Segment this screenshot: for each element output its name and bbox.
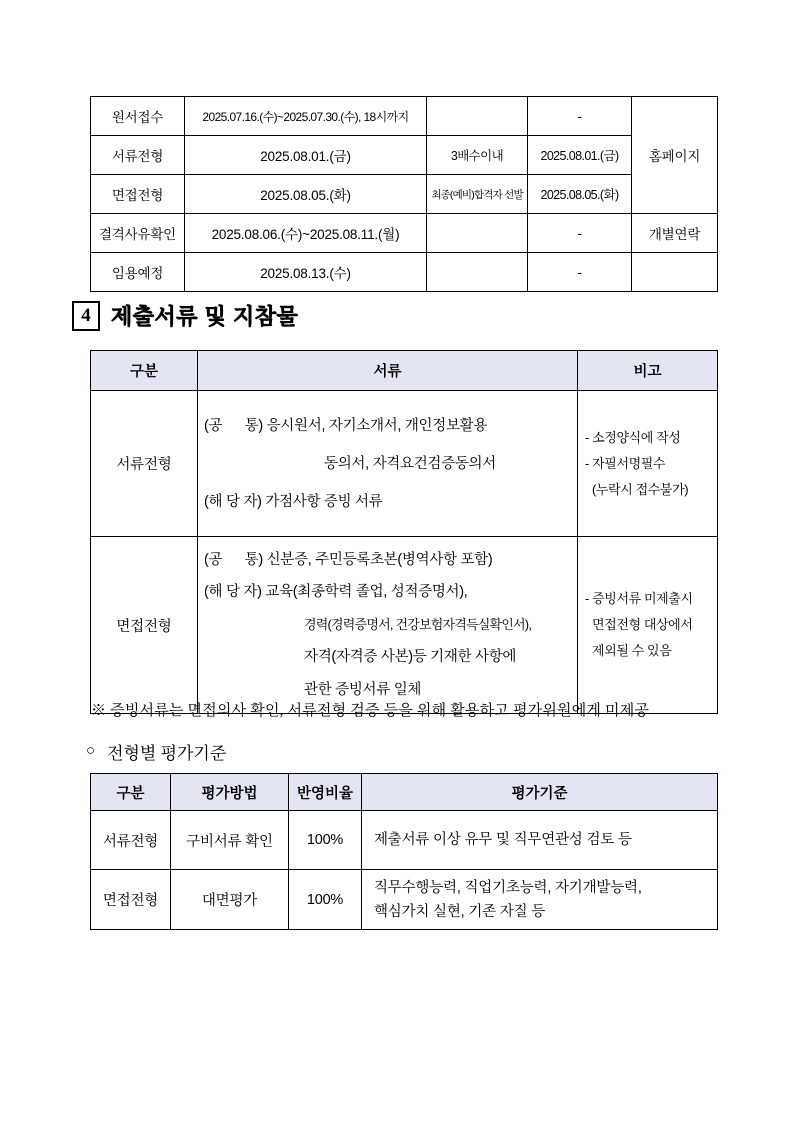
section-title-text: 제출서류 및 지참물 — [111, 300, 298, 331]
criteria-text: 제출서류 이상 유무 및 직무연관성 검토 등 — [362, 811, 718, 870]
criteria-ratio: 100% — [289, 811, 362, 870]
section-title: 4 제출서류 및 지참물 — [72, 300, 298, 331]
document-page: 원서접수 2025.07.16.(수)~2025.07.30.(수), 18시까… — [0, 0, 793, 1121]
criteria-ratio: 100% — [289, 870, 362, 930]
criteria-method: 구비서류 확인 — [171, 811, 289, 870]
criteria-row-interview: 면접전형 대면평가 100% 직무수행능력, 직업기초능력, 자기개발능력, 핵… — [91, 870, 718, 930]
schedule-row-appointment: 임용예정 2025.08.13.(수) - — [91, 253, 718, 292]
criteria-line: 직무수행능력, 직업기초능력, 자기개발능력, — [374, 876, 716, 900]
criteria-table: 구분 평가방법 반영비율 평가기준 서류전형 구비서류 확인 100% 제출서류… — [90, 773, 718, 930]
criteria-category: 면접전형 — [91, 870, 171, 930]
stage-date: 2025.07.16.(수)~2025.07.30.(수), 18시까지 — [185, 97, 427, 136]
stage-method — [427, 253, 528, 292]
remark-line: 제외될 수 있음 — [585, 638, 715, 664]
circle-bullet-icon: ○ — [86, 743, 95, 760]
doc-line: 동의서, 자격요건검증동의서 — [204, 445, 575, 483]
footnote: ※ 증빙서류는 면접의사 확인, 서류전형 검증 등을 위해 활용하고 평가위원… — [91, 699, 649, 720]
documents-remark: - 증빙서류 미제출시 면접전형 대상에서 제외될 수 있음 — [578, 537, 718, 714]
documents-header-row: 구분 서류 비고 — [91, 351, 718, 391]
criteria-header-row: 구분 평가방법 반영비율 평가기준 — [91, 774, 718, 811]
criteria-category: 서류전형 — [91, 811, 171, 870]
schedule-row-document-screening: 서류전형 2025.08.01.(금) 3배수이내 2025.08.01.(금) — [91, 136, 718, 175]
doc-line: (공 통) 신분증, 주민등록초본(병역사항 포함) — [204, 544, 575, 577]
remark-line: - 소정양식에 작성 — [585, 425, 715, 451]
stage-announce: - — [528, 214, 632, 253]
stage-label: 서류전형 — [91, 136, 185, 175]
stage-label: 결격사유확인 — [91, 214, 185, 253]
section-number-box: 4 — [72, 301, 100, 331]
schedule-row-interview: 면접전형 2025.08.05.(화) 최종(예비)합격자 선발 2025.08… — [91, 175, 718, 214]
stage-label: 원서접수 — [91, 97, 185, 136]
remark-line: 면접전형 대상에서 — [585, 612, 715, 638]
documents-category: 면접전형 — [91, 537, 198, 714]
stage-method: 3배수이내 — [427, 136, 528, 175]
stage-date: 2025.08.13.(수) — [185, 253, 427, 292]
schedule-row-disqualification-check: 결격사유확인 2025.08.06.(수)~2025.08.11.(월) - 개… — [91, 214, 718, 253]
stage-date: 2025.08.06.(수)~2025.08.11.(월) — [185, 214, 427, 253]
criteria-line: 핵심가치 실현, 기존 자질 등 — [374, 900, 716, 924]
stage-notice — [632, 253, 718, 292]
documents-header-category: 구분 — [91, 351, 198, 391]
doc-line: 자격(자격증 사본)등 기재한 사항에 — [204, 641, 575, 674]
stage-announce: 2025.08.01.(금) — [528, 136, 632, 175]
doc-line: (해 당 자) 가점사항 증빙 서류 — [204, 483, 575, 521]
documents-remark: - 소정양식에 작성 - 자필서명필수 (누락시 접수불가) — [578, 391, 718, 537]
schedule-row-application: 원서접수 2025.07.16.(수)~2025.07.30.(수), 18시까… — [91, 97, 718, 136]
stage-notice: 홈페이지 — [632, 97, 718, 214]
criteria-text: 직무수행능력, 직업기초능력, 자기개발능력, 핵심가치 실현, 기존 자질 등 — [362, 870, 718, 930]
criteria-heading-text: 전형별 평가기준 — [107, 739, 226, 764]
criteria-header-ratio: 반영비율 — [289, 774, 362, 811]
stage-notice: 개별연락 — [632, 214, 718, 253]
stage-label: 면접전형 — [91, 175, 185, 214]
remark-line: (누락시 접수불가) — [585, 477, 715, 503]
stage-date: 2025.08.01.(금) — [185, 136, 427, 175]
doc-line: (공 통) 응시원서, 자기소개서, 개인정보활용 — [204, 407, 575, 445]
stage-method — [427, 214, 528, 253]
documents-header-remark: 비고 — [578, 351, 718, 391]
documents-row-document-screening: 서류전형 (공 통) 응시원서, 자기소개서, 개인정보활용 동의서, 자격요건… — [91, 391, 718, 537]
stage-method — [427, 97, 528, 136]
stage-announce: 2025.08.05.(화) — [528, 175, 632, 214]
doc-line: (해 당 자) 교육(최종학력 졸업, 성적증명서), — [204, 576, 575, 609]
documents-list: (공 통) 응시원서, 자기소개서, 개인정보활용 동의서, 자격요건검증동의서… — [198, 391, 578, 537]
documents-category: 서류전형 — [91, 391, 198, 537]
remark-line: - 증빙서류 미제출시 — [585, 586, 715, 612]
stage-method: 최종(예비)합격자 선발 — [427, 175, 528, 214]
documents-list: (공 통) 신분증, 주민등록초본(병역사항 포함) (해 당 자) 교육(최종… — [198, 537, 578, 714]
criteria-line: 제출서류 이상 유무 및 직무연관성 검토 등 — [374, 828, 716, 852]
documents-table: 구분 서류 비고 서류전형 (공 통) 응시원서, 자기소개서, 개인정보활용 … — [90, 350, 718, 714]
schedule-table: 원서접수 2025.07.16.(수)~2025.07.30.(수), 18시까… — [90, 96, 718, 292]
criteria-method: 대면평가 — [171, 870, 289, 930]
stage-announce: - — [528, 253, 632, 292]
remark-line: - 자필서명필수 — [585, 451, 715, 477]
documents-header-documents: 서류 — [198, 351, 578, 391]
stage-label: 임용예정 — [91, 253, 185, 292]
documents-row-interview: 면접전형 (공 통) 신분증, 주민등록초본(병역사항 포함) (해 당 자) … — [91, 537, 718, 714]
stage-announce: - — [528, 97, 632, 136]
doc-line: 경력(경력증명서, 건강보험자격득실확인서), — [204, 609, 575, 642]
criteria-heading: ○ 전형별 평가기준 — [86, 739, 226, 764]
stage-date: 2025.08.05.(화) — [185, 175, 427, 214]
criteria-header-category: 구분 — [91, 774, 171, 811]
criteria-header-method: 평가방법 — [171, 774, 289, 811]
criteria-row-document-screening: 서류전형 구비서류 확인 100% 제출서류 이상 유무 및 직무연관성 검토 … — [91, 811, 718, 870]
criteria-header-criteria: 평가기준 — [362, 774, 718, 811]
